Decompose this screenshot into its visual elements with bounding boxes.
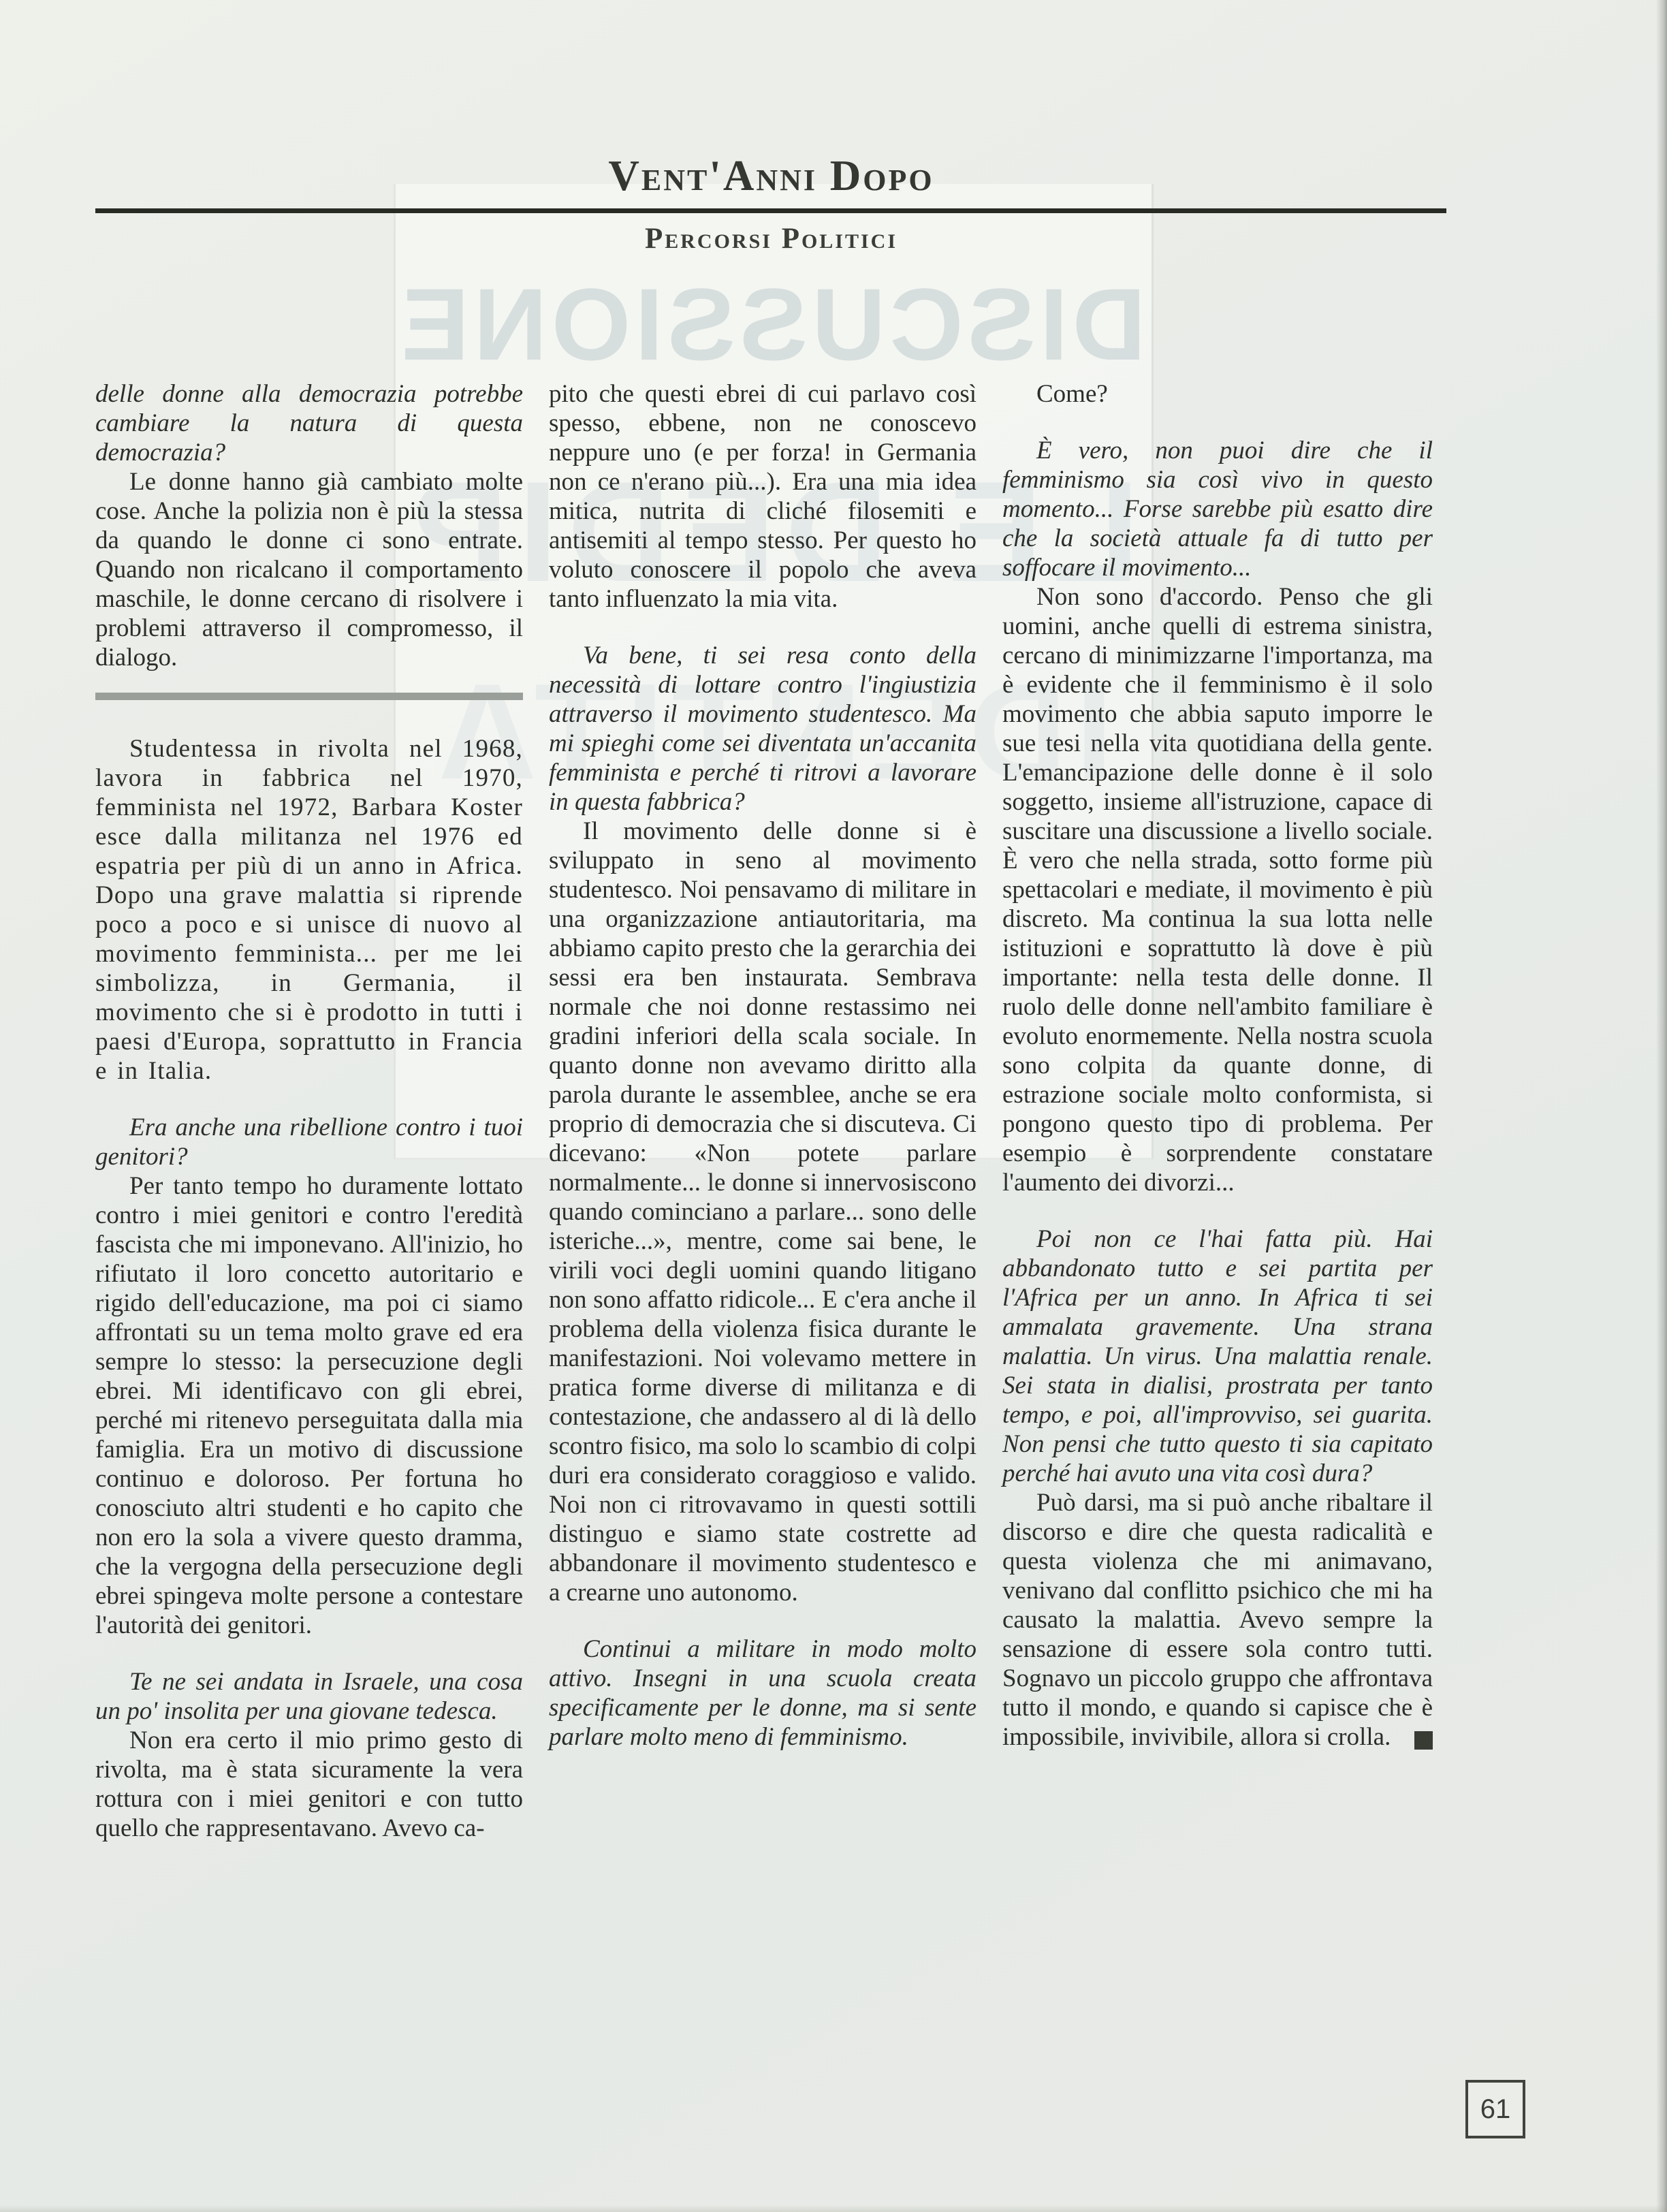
interview-question: Poi non ce l'hai fatta più. Hai abbandon… bbox=[1002, 1224, 1433, 1488]
end-of-article-marker bbox=[1414, 1731, 1433, 1750]
interview-question: Va bene, ti sei resa conto della necessi… bbox=[549, 641, 977, 817]
interview-answer-text: Non era certo il mio primo gesto di rivo… bbox=[95, 1726, 523, 1842]
bio-note-text: Studentessa in rivolta nel 1968, lavora … bbox=[95, 735, 523, 1085]
interview-question: Era anche una ribellione contro i tuoi g… bbox=[95, 1113, 523, 1171]
interview-answer-text: Può darsi, ma si può anche ribaltare il … bbox=[1002, 1489, 1433, 1751]
interview-question: Te ne sei andata in Israele, una cosa un… bbox=[95, 1667, 523, 1726]
interview-question: È vero, non puoi dire che il femminismo … bbox=[1002, 436, 1433, 582]
interview-answer-text: Per tanto tempo ho duramente lottato con… bbox=[95, 1172, 523, 1639]
page-title: Vent'Anni Dopo bbox=[95, 151, 1447, 201]
interview-answer: Come? bbox=[1002, 379, 1433, 409]
interview-answer-text: Come? bbox=[1036, 380, 1108, 408]
header-divider bbox=[95, 208, 1446, 213]
interview-answer-text: Il movimento delle donne si è sviluppato… bbox=[549, 817, 977, 1607]
interview-answer-text: Le donne hanno già cambiato molte cose. … bbox=[95, 468, 523, 671]
interview-answer-text: Non sono d'accordo. Penso che gli uomini… bbox=[1002, 583, 1433, 1197]
page-number-box: 61 bbox=[1465, 2080, 1525, 2138]
interview-answer-text: pito che questi ebrei di cui parlavo cos… bbox=[549, 380, 977, 613]
interview-question: delle donne alla democrazia potrebbe cam… bbox=[95, 379, 523, 467]
interview-answer: Per tanto tempo ho duramente lottato con… bbox=[95, 1171, 523, 1640]
scan-edge-right bbox=[1656, 0, 1667, 2212]
interview-answer: pito che questi ebrei di cui parlavo cos… bbox=[549, 379, 977, 614]
scan-edge-bottom bbox=[0, 2205, 1667, 2212]
interview-question-text: Poi non ce l'hai fatta più. Hai abbandon… bbox=[1002, 1225, 1433, 1487]
text-column-1: delle donne alla democrazia potrebbe cam… bbox=[95, 379, 523, 1843]
interview-question-text: Te ne sei andata in Israele, una cosa un… bbox=[95, 1668, 523, 1725]
interview-answer: Può darsi, ma si può anche ribaltare il … bbox=[1002, 1488, 1433, 1752]
interview-question-text: Va bene, ti sei resa conto della necessi… bbox=[549, 642, 977, 816]
interview-answer: Il movimento delle donne si è sviluppato… bbox=[549, 817, 977, 1607]
interview-question-text: delle donne alla democrazia potrebbe cam… bbox=[95, 380, 523, 467]
interview-question-text: Continui a militare in modo molto attivo… bbox=[549, 1635, 977, 1751]
section-divider bbox=[95, 693, 523, 700]
text-column-2: pito che questi ebrei di cui parlavo cos… bbox=[549, 379, 977, 1752]
magazine-page-scan: DISCUSSIONE LE DEDIP IDENTITA Vent'Anni … bbox=[0, 0, 1667, 2212]
interview-answer: Non sono d'accordo. Penso che gli uomini… bbox=[1002, 582, 1433, 1197]
interview-answer: Non era certo il mio primo gesto di rivo… bbox=[95, 1726, 523, 1843]
interview-question: Continui a militare in modo molto attivo… bbox=[549, 1634, 977, 1752]
bio-note: Studentessa in rivolta nel 1968, lavora … bbox=[95, 734, 523, 1086]
interview-question-text: Era anche una ribellione contro i tuoi g… bbox=[95, 1113, 523, 1171]
interview-question-text: È vero, non puoi dire che il femminismo … bbox=[1002, 437, 1433, 582]
page-number: 61 bbox=[1480, 2094, 1511, 2125]
interview-answer: Le donne hanno già cambiato molte cose. … bbox=[95, 467, 523, 672]
page-subtitle: Percorsi Politici bbox=[95, 222, 1447, 255]
text-column-3: Come?È vero, non puoi dire che il femmin… bbox=[1002, 379, 1433, 1752]
